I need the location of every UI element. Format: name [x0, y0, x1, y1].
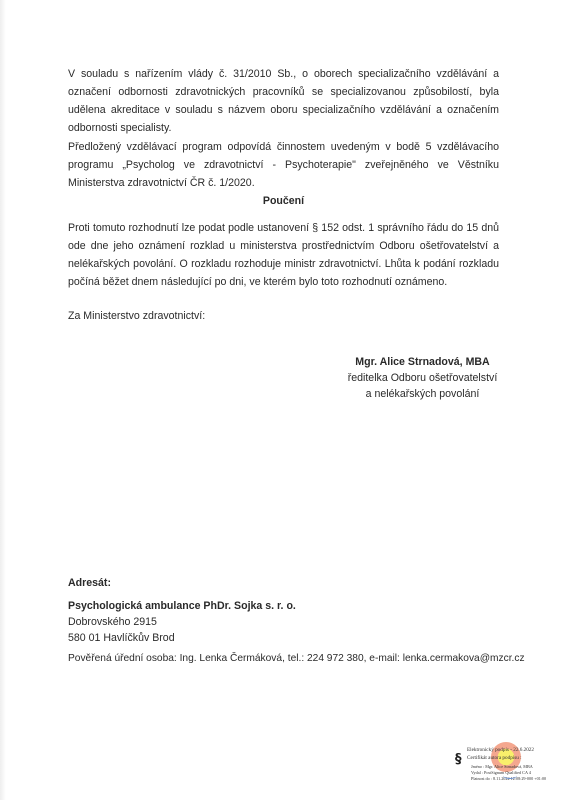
addressee-city: 580 01 Havlíčkův Brod — [68, 630, 296, 646]
addressee-block: Adresát: Psychologická ambulance PhDr. S… — [68, 575, 296, 646]
e-signature-line-1: Elektronický podpis - 22.6.2022 — [467, 747, 534, 753]
e-signature-line-3: Jméno : Mgr. Alice Strnadová, MBA — [471, 764, 533, 769]
paragraph-legal-basis: V souladu s nařízením vlády č. 31/2010 S… — [68, 65, 499, 137]
e-signature-line-4: Vydal : PostSignum Qualified CA 4 — [471, 770, 531, 775]
for-ministry-label: Za Ministerstvo zdravotnictví: — [68, 307, 499, 325]
section-heading: Poučení — [68, 192, 499, 210]
signature-block: Mgr. Alice Strnadová, MBA ředitelka Odbo… — [330, 354, 515, 402]
addressee-label: Adresát: — [68, 575, 296, 591]
handwritten-signature-icon — [503, 772, 517, 779]
page-edge — [0, 0, 6, 800]
addressee-street: Dobrovského 2915 — [68, 614, 296, 630]
electronic-signature-stamp: § Elektronický podpis - 22.6.2022 Certif… — [455, 740, 565, 796]
paragraph-appeal-instructions: Proti tomuto rozhodnutí lze podat podle … — [68, 219, 499, 291]
addressee-organization: Psychologická ambulance PhDr. Sojka s. r… — [68, 598, 296, 614]
signatory-name: Mgr. Alice Strnadová, MBA — [330, 354, 515, 370]
contact-line: Pověřená úřední osoba: Ing. Lenka Čermák… — [68, 651, 508, 667]
signatory-title-line-1: ředitelka Odboru ošetřovatelství — [330, 370, 515, 386]
e-signature-line-2: Certifikát autora podpisu : — [467, 755, 522, 761]
paragraph-program: Předložený vzdělávací program odpovídá č… — [68, 138, 499, 192]
paragraph-symbol-icon: § — [455, 752, 462, 767]
signatory-title-line-2: a nelékařských povolání — [330, 386, 515, 402]
